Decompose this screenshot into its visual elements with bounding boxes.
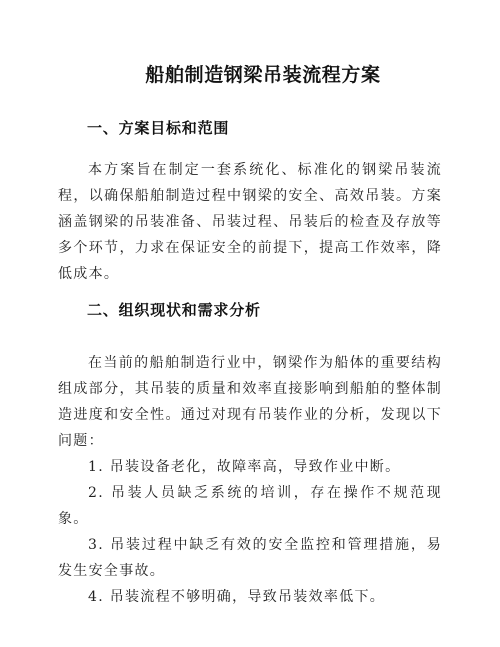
problem-list-item: 3. 吊装过程中缺乏有效的安全监控和管理措施，易发生安全事故。 xyxy=(58,532,442,584)
section-heading-goals-scope: 一、方案目标和范围 xyxy=(87,117,229,139)
problem-list-item: 1. 吊装设备老化，故障率高，导致作业中断。 xyxy=(58,454,442,480)
document-page: 船舶制造钢梁吊装流程方案 一、方案目标和范围 本方案旨在制定一套系统化、标准化的… xyxy=(0,0,500,647)
problem-list: 1. 吊装设备老化，故障率高，导致作业中断。 2. 吊装人员缺乏系统的培训，存在… xyxy=(58,454,442,610)
section-heading-status-analysis: 二、组织现状和需求分析 xyxy=(87,299,261,321)
problem-list-item: 4. 吊装流程不够明确，导致吊装效率低下。 xyxy=(58,584,442,610)
paragraph-goals-scope: 本方案旨在制定一套系统化、标准化的钢梁吊装流程，以确保船舶制造过程中钢梁的安全、… xyxy=(58,157,442,287)
problem-list-item: 2. 吊装人员缺乏系统的培训，存在操作不规范现象。 xyxy=(58,480,442,532)
paragraph-status-analysis: 在当前的船舶制造行业中，钢梁作为船体的重要结构组成部分，其吊装的质量和效率直接影… xyxy=(58,350,442,454)
document-title: 船舶制造钢梁吊装流程方案 xyxy=(0,62,500,88)
